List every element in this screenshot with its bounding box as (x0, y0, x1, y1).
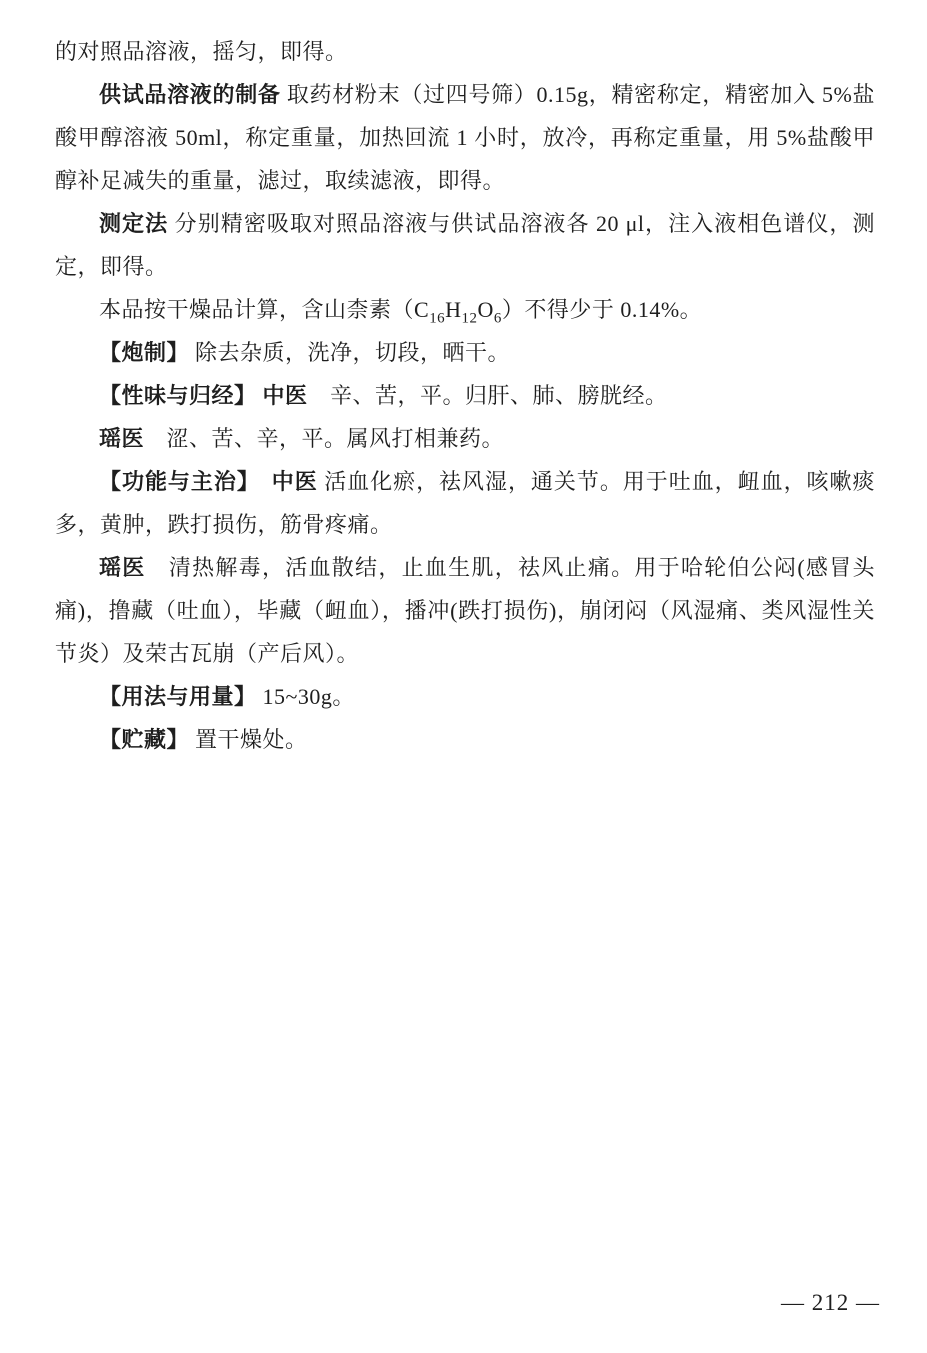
section-heading: 瑶医 (99, 555, 146, 580)
paragraph: 的对照品溶液，摇匀，即得。 (55, 30, 875, 73)
section-heading: 中医 (263, 383, 308, 408)
text-segment: 置干燥处。 (189, 727, 308, 752)
section-heading: 供试品溶液的制备 (99, 82, 281, 107)
text-segment: O (477, 297, 493, 322)
document-body: 的对照品溶液，摇匀，即得。供试品溶液的制备 取药材粉末（过四号筛）0.15g，精… (55, 30, 875, 761)
formula-subscript: 12 (462, 310, 478, 326)
paragraph: 瑶医 清热解毒，活血散结，止血生肌，祛风止痛。用于哈轮伯公闷(感冒头痛)，撸藏（… (55, 546, 875, 675)
page-number: — 212 — (781, 1290, 880, 1315)
paragraph: 本品按干燥品计算，含山柰素（C16H12O6）不得少于 0.14%。 (55, 288, 875, 331)
text-segment: 的对照品溶液，摇匀，即得。 (55, 39, 348, 64)
text-segment: H (445, 297, 461, 322)
text-segment: 除去杂质，洗净，切段，晒干。 (189, 340, 510, 365)
paragraph: 【功能与主治】 中医 活血化瘀，祛风湿，通关节。用于吐血，衄血，咳嗽痰多，黄肿，… (55, 460, 875, 546)
paragraph: 瑶医 涩、苦、辛，平。属风打相兼药。 (55, 417, 875, 460)
paragraph: 【贮藏】 置干燥处。 (55, 718, 875, 761)
section-heading: 瑶医 (99, 426, 144, 451)
formula-subscript: 6 (494, 310, 502, 326)
section-heading: 【贮藏】 (99, 727, 189, 752)
section-heading: 【炮制】 (99, 340, 189, 365)
text-segment: 分别精密吸取对照品溶液与供试品溶液各 20 μl，注入液相色谱仪，测定，即得。 (55, 211, 875, 279)
section-heading: 中医 (272, 469, 318, 494)
text-segment: 清热解毒，活血散结，止血生肌，祛风止痛。用于哈轮伯公闷(感冒头痛)，撸藏（吐血）… (55, 555, 875, 666)
paragraph: 测定法 分别精密吸取对照品溶液与供试品溶液各 20 μl，注入液相色谱仪，测定，… (55, 202, 875, 288)
paragraph: 【用法与用量】 15~30g。 (55, 675, 875, 718)
paragraph: 供试品溶液的制备 取药材粉末（过四号筛）0.15g，精密称定，精密加入 5%盐酸… (55, 73, 875, 202)
section-heading: 【用法与用量】 (99, 684, 257, 709)
section-heading: 测定法 (99, 211, 168, 236)
page-footer: — 212 — (781, 1290, 880, 1316)
text-segment (249, 469, 272, 494)
section-heading: 【功能与主治】 (99, 469, 249, 494)
text-segment: 涩、苦、辛，平。属风打相兼药。 (144, 426, 504, 451)
text-segment: 15~30g。 (257, 684, 355, 709)
document-page: 的对照品溶液，摇匀，即得。供试品溶液的制备 取药材粉末（过四号筛）0.15g，精… (0, 0, 927, 1353)
paragraph: 【炮制】 除去杂质，洗净，切段，晒干。 (55, 331, 875, 374)
paragraph: 【性味与归经】 中医 辛、苦，平。归肝、肺、膀胱经。 (55, 374, 875, 417)
formula-subscript: 16 (429, 310, 445, 326)
section-heading: 【性味与归经】 (99, 383, 257, 408)
text-segment: 本品按干燥品计算，含山柰素（C (99, 297, 429, 322)
text-segment: 辛、苦，平。归肝、肺、膀胱经。 (308, 383, 668, 408)
text-segment: ）不得少于 0.14%。 (502, 297, 702, 322)
